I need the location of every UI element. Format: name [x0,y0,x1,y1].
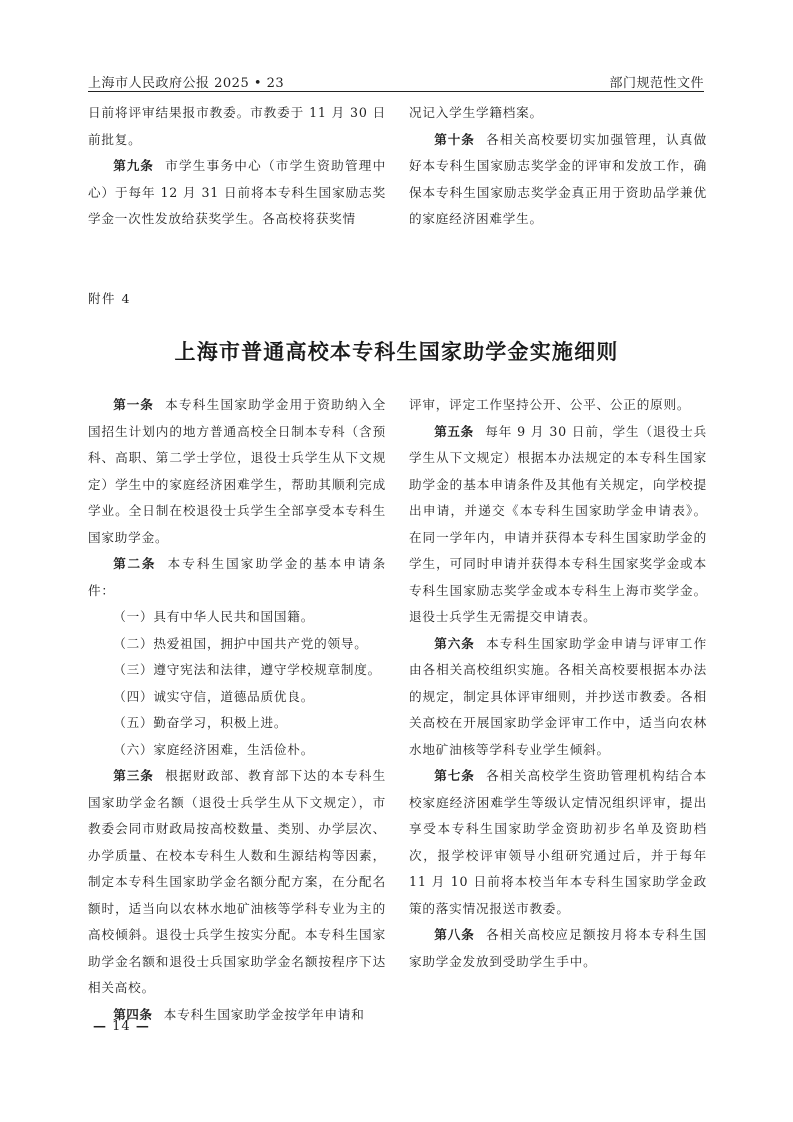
article-9: 第九条市学生事务中心（市学生资助管理中心）于每年 12 月 31 日前将本专科生… [88,153,386,233]
dash-right: — [136,1019,150,1034]
condition-item: （四）诚实守信，道德品质优良。 [88,684,386,711]
article-5: 第五条每年 9 月 30 日前，学生（退役士兵学生从下文规定）根据本办法规定的本… [409,419,707,631]
article-10: 第十条各相关高校要切实加强管理，认真做好本专科生国家励志奖学金的评审和发放工作，… [409,127,707,233]
condition-item: （二）热爱祖国，拥护中国共产党的领导。 [88,631,386,658]
gazette-issue: 上海市人民政府公报 2025 • 23 [88,72,284,91]
condition-item: （五）勤奋学习，积极上进。 [88,710,386,737]
article-label: 第六条 [434,636,475,651]
header-divider [88,91,704,92]
article-text: 每年 9 月 30 日前，学生（退役士兵学生从下文规定）根据本办法规定的本专科生… [409,424,707,625]
page-number-value: 14 [112,1019,131,1034]
article-2: 第二条本专科生国家助学金的基本申请条件： [88,551,386,604]
article-text: 各相关高校学生资助管理机构结合本校家庭经济困难学生等级认定情况组织评审，提出享受… [409,768,707,916]
continuation-text: 日前将评审结果报市教委。市教委于 11 月 30 日前批复。 [88,100,386,153]
dash-left: — [93,1019,107,1034]
condition-item: （一）具有中华人民共和国国籍。 [88,604,386,631]
article-text: 本专科生国家助学金按学年申请和 [164,1007,365,1022]
article-7: 第七条各相关高校学生资助管理机构结合本校家庭经济困难学生等级认定情况组织评审，提… [409,763,707,922]
article-text: 本专科生国家助学金用于资助纳入全国招生计划内的地方普通高校全日制本专科（含预科、… [88,397,386,545]
article-6: 第六条本专科生国家助学金申请与评审工作由各相关高校组织实施。各相关高校要根据本办… [409,631,707,764]
main-left-column: 第一条本专科生国家助学金用于资助纳入全国招生计划内的地方普通高校全日制本专科（含… [88,392,386,1028]
article-label: 第八条 [434,927,475,942]
article-1: 第一条本专科生国家助学金用于资助纳入全国招生计划内的地方普通高校全日制本专科（含… [88,392,386,551]
top-left-column: 日前将评审结果报市教委。市教委于 11 月 30 日前批复。 第九条市学生事务中… [88,100,386,233]
continuation-text: 况记入学生学籍档案。 [409,100,707,127]
article-label: 第十条 [434,132,475,147]
article-label: 第五条 [434,424,474,439]
top-right-column: 况记入学生学籍档案。 第十条各相关高校要切实加强管理，认真做好本专科生国家励志奖… [409,100,707,233]
section-label: 部门规范性文件 [609,72,704,91]
page-header: 上海市人民政府公报 2025 • 23 部门规范性文件 [88,68,704,90]
article-4-continuation: 评审，评定工作坚持公开、公平、公正的原则。 [409,392,707,419]
article-label: 第九条 [113,158,154,173]
condition-item: （三）遵守宪法和法律，遵守学校规章制度。 [88,657,386,684]
article-label: 第一条 [113,397,154,412]
article-text: 根据财政部、教育部下达的本专科生国家助学金名额（退役士兵学生从下文规定），市教委… [88,768,386,995]
page-number: — 14 — [93,1019,150,1034]
condition-item: （六）家庭经济困难，生活俭朴。 [88,737,386,764]
attachment-label: 附件 4 [88,289,131,307]
article-label: 第七条 [434,768,475,783]
article-8: 第八条各相关高校应足额按月将本专科生国家助学金发放到受助学生手中。 [409,922,707,975]
document-title: 上海市普通高校本专科生国家助学金实施细则 [0,336,793,366]
article-3: 第三条根据财政部、教育部下达的本专科生国家助学金名额（退役士兵学生从下文规定），… [88,763,386,1002]
article-label: 第二条 [113,556,156,571]
article-text: 本专科生国家助学金申请与评审工作由各相关高校组织实施。各相关高校要根据本办法的规… [409,636,707,757]
main-right-column: 评审，评定工作坚持公开、公平、公正的原则。 第五条每年 9 月 30 日前，学生… [409,392,707,975]
article-label: 第三条 [113,768,154,783]
